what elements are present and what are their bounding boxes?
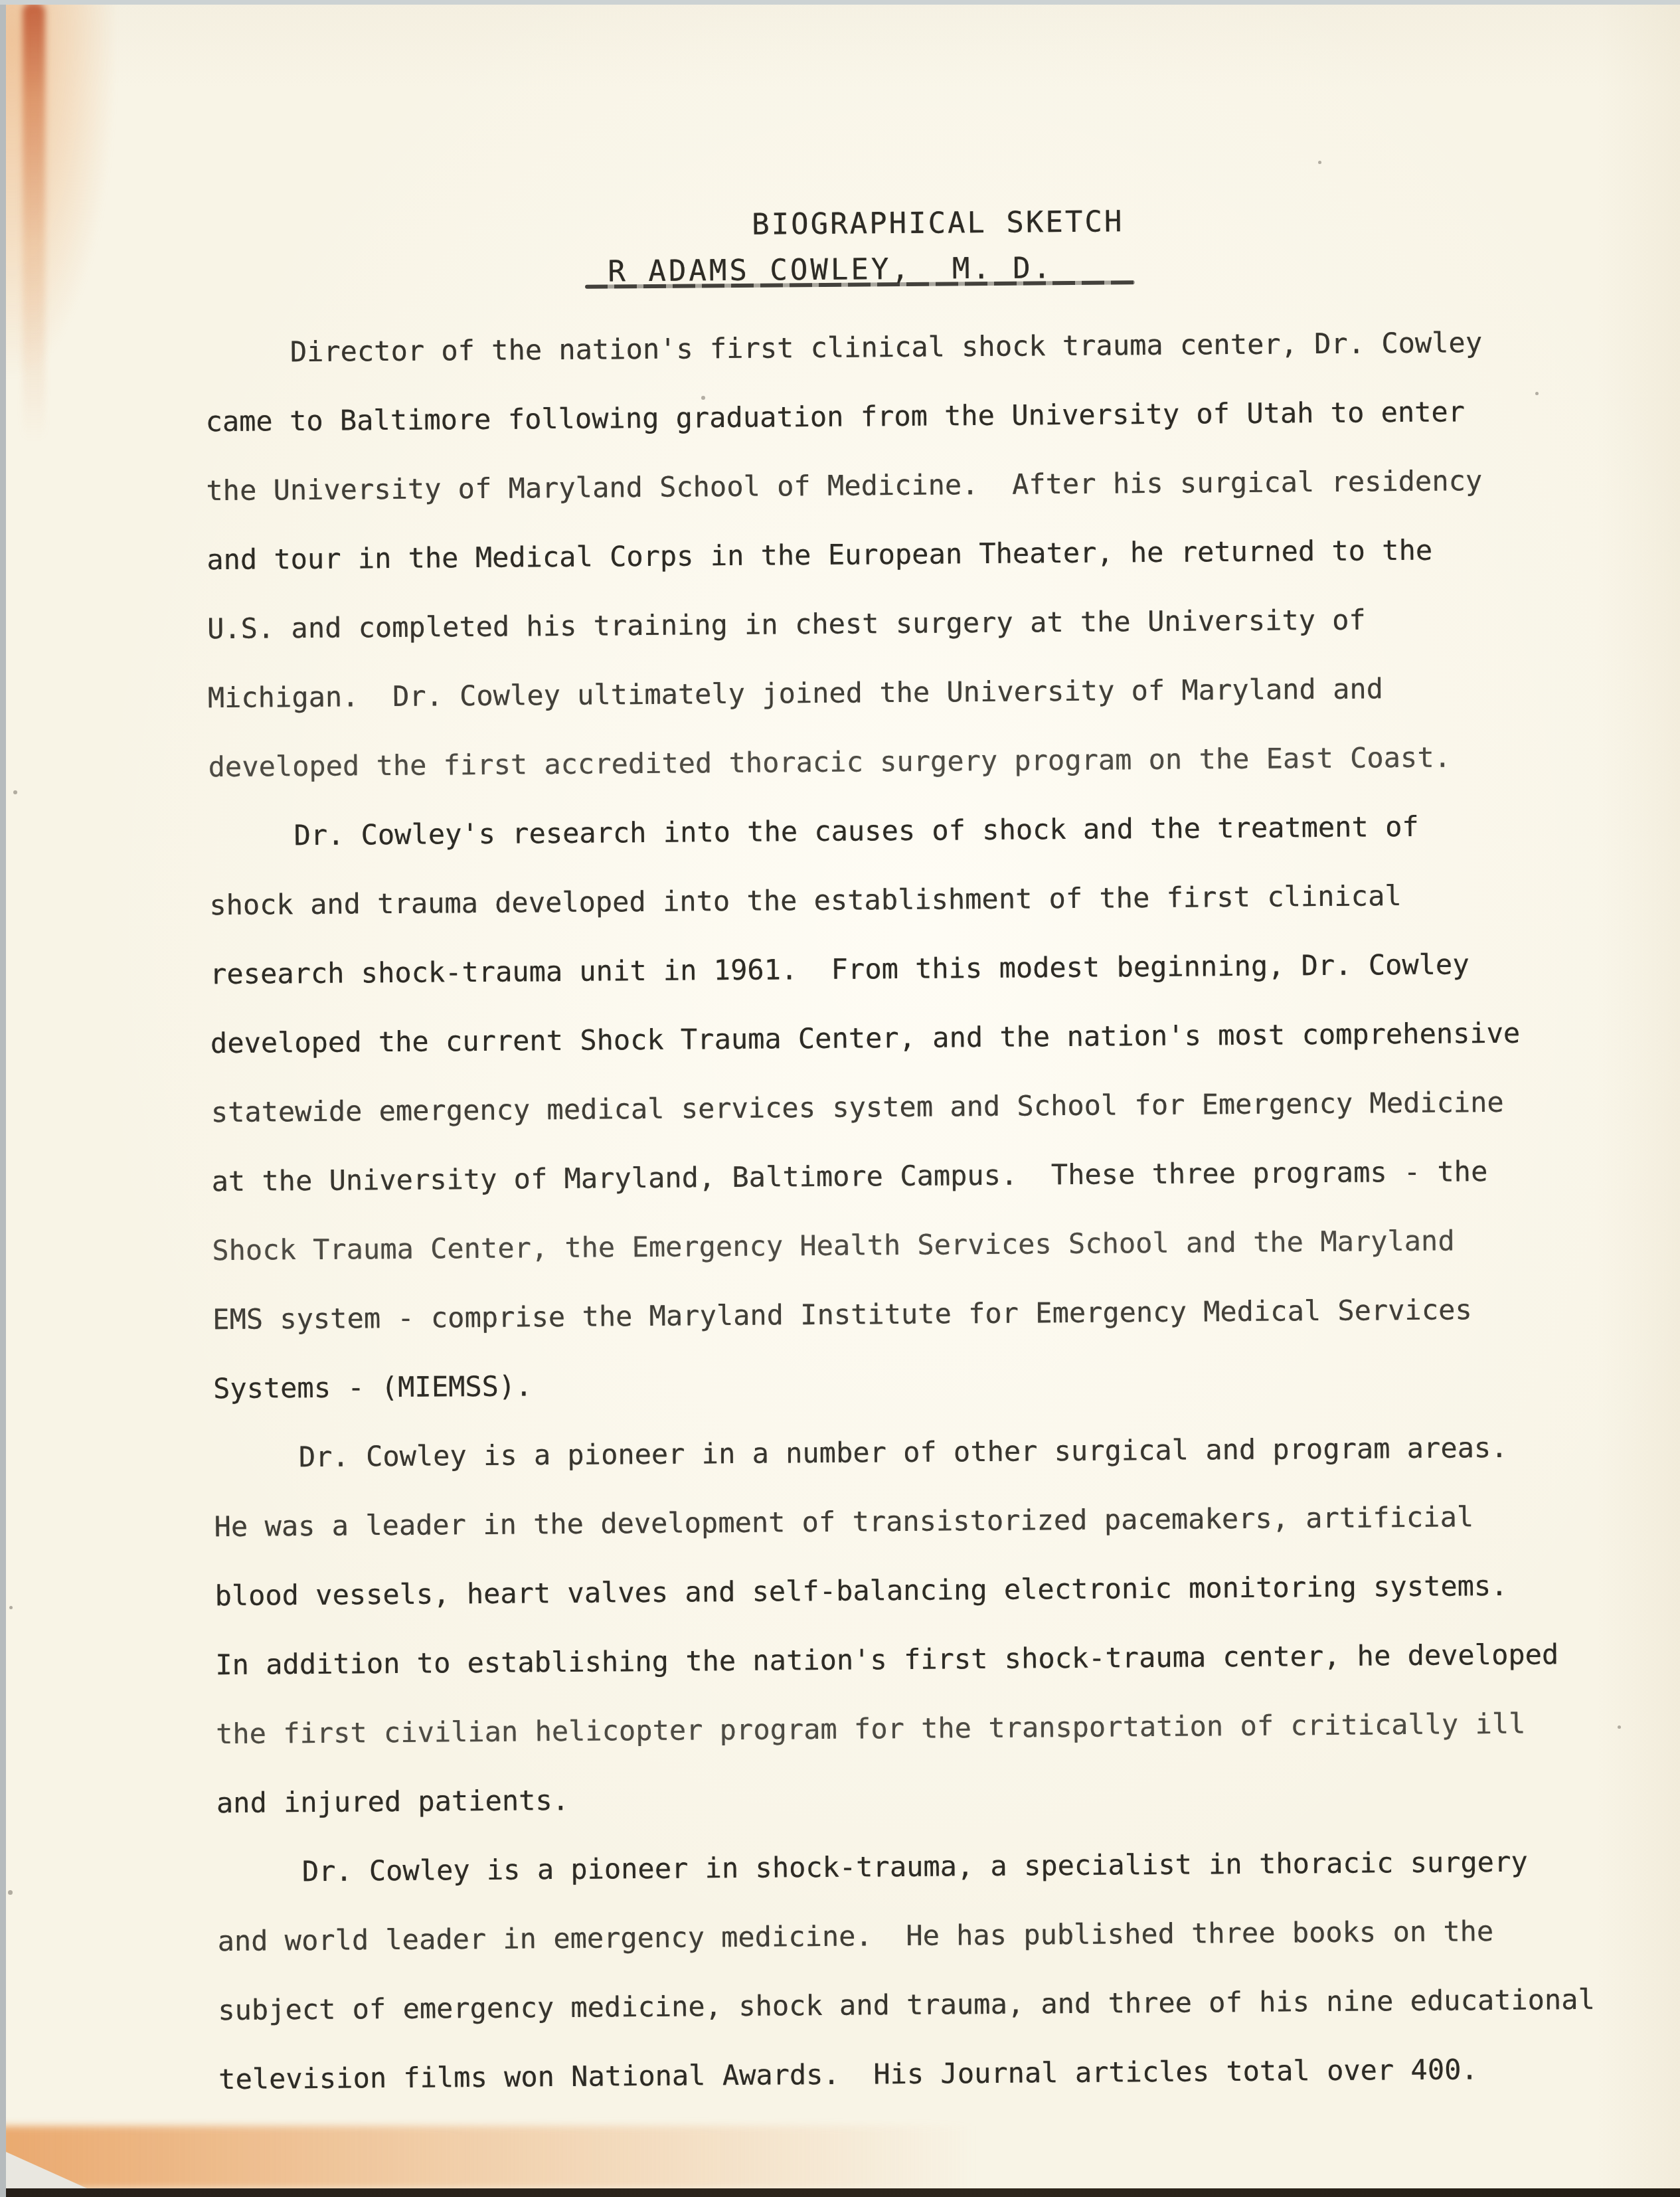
text-line: developed the current Shock Trauma Cente… bbox=[210, 998, 1632, 1078]
text-line: Shock Trauma Center, the Emergency Healt… bbox=[212, 1205, 1634, 1285]
text-line: blood vessels, heart valves and self-bal… bbox=[214, 1550, 1636, 1630]
scan-bottom-shadow bbox=[0, 2188, 1680, 2197]
body-text: Director of the nation's first clinical … bbox=[205, 307, 1639, 2114]
scanner-edge-left bbox=[0, 0, 6, 2197]
text-line: In addition to establishing the nation's… bbox=[215, 1619, 1637, 1700]
document-subtitle: R ADAMS COWLEY, M. D. bbox=[608, 251, 1053, 288]
scanner-edge-top bbox=[0, 0, 1680, 5]
text-line: Systems - (MIEMSS). bbox=[213, 1343, 1635, 1423]
text-line: Dr. Cowley is a pioneer in shock-trauma,… bbox=[216, 1826, 1638, 1907]
text-line: television films won National Awards. Hi… bbox=[218, 2034, 1640, 2114]
text-line: Dr. Cowley is a pioneer in a number of o… bbox=[213, 1412, 1635, 1492]
text-line: developed the first accredited thoracic … bbox=[208, 721, 1630, 802]
text-line: the University of Maryland School of Med… bbox=[206, 445, 1628, 525]
text-line: subject of emergency medicine, shock and… bbox=[218, 1965, 1639, 2045]
text-line: the first civilian helicopter program fo… bbox=[216, 1688, 1638, 1769]
scan-speck bbox=[701, 396, 705, 400]
scan-speck bbox=[1618, 1725, 1621, 1729]
text-line: and injured patients. bbox=[216, 1757, 1638, 1838]
text-line: at the University of Maryland, Baltimore… bbox=[211, 1136, 1633, 1216]
typewritten-sheet: BIOGRAPHICAL SKETCH R ADAMS COWLEY, M. D… bbox=[0, 0, 1680, 2197]
scan-speck bbox=[1318, 161, 1321, 164]
text-line: U.S. and completed his training in chest… bbox=[207, 583, 1629, 663]
scanned-document-page: BIOGRAPHICAL SKETCH R ADAMS COWLEY, M. D… bbox=[0, 0, 1680, 2197]
document-title-text: BIOGRAPHICAL SKETCH bbox=[752, 205, 1124, 241]
scan-speck bbox=[13, 790, 17, 794]
text-line: research shock-trauma unit in 1961. From… bbox=[210, 928, 1632, 1009]
scan-speck bbox=[1535, 392, 1539, 395]
text-line: EMS system - comprise the Maryland Insti… bbox=[212, 1274, 1634, 1354]
text-line: Dr. Cowley's research into the causes of… bbox=[209, 790, 1630, 871]
text-line: shock and trauma developed into the esta… bbox=[209, 859, 1631, 940]
text-line: statewide emergency medical services sys… bbox=[210, 1067, 1632, 1147]
text-line: and tour in the Medical Corps in the Eur… bbox=[207, 514, 1628, 594]
scan-speck bbox=[9, 1606, 13, 1609]
text-line: and world leader in emergency medicine. … bbox=[217, 1895, 1639, 1976]
text-line: He was a leader in the development of tr… bbox=[214, 1481, 1636, 1561]
text-line: Michigan. Dr. Cowley ultimately joined t… bbox=[207, 652, 1629, 733]
text-line: came to Baltimore following graduation f… bbox=[205, 376, 1627, 456]
text-line: Director of the nation's first clinical … bbox=[205, 307, 1626, 387]
scan-speck bbox=[8, 1890, 13, 1895]
